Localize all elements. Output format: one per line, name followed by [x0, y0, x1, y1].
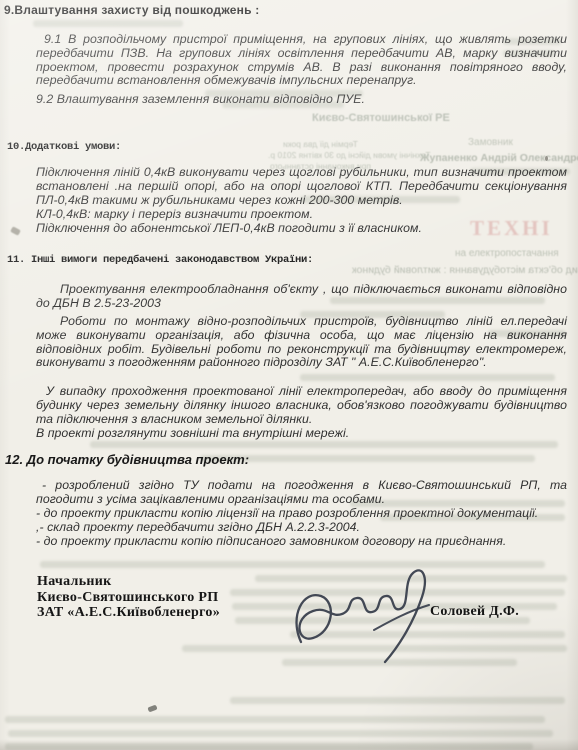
bleedthrough-smudge [90, 441, 558, 448]
section-10-heading: 10.Додаткові умови: [7, 141, 121, 153]
section-9-paragraph-2: 9.2 Влаштування заземлення виконати відп… [36, 93, 556, 107]
scanned-document-page: Києво-Святошинської РЕ Замовник Жупаненк… [0, 0, 578, 750]
bleedthrough-smudge [200, 455, 535, 462]
section-12-list-item-4: - до проекту прикласти копію підписаного… [36, 535, 567, 549]
bleedthrough-text: Технічні умови дійсні до 30 квітня 2010 … [268, 150, 431, 160]
signature-stroke-main [297, 570, 425, 662]
handwritten-signature [279, 550, 437, 668]
section-10-paragraph-2: КЛ-0,4кВ: марку і переріз визначити прое… [36, 208, 567, 222]
section-12-list-item-1: - розроблений згідно ТУ подати на погодж… [36, 479, 567, 507]
signatory-org-line-2: ЗАТ «А.Е.С.Київобленерго» [37, 605, 220, 621]
section-11-paragraph-3: У випадку проходження проектованої лінії… [36, 385, 567, 426]
section-11-paragraph-1: Проектування електрообладнання об'єкту ,… [36, 283, 567, 311]
bleedthrough-text: на електропостачання [455, 248, 559, 259]
bleedthrough-smudge [33, 20, 183, 27]
section-10-paragraph-1: Підключення ліній 0,4кВ виконувати через… [36, 166, 567, 207]
signatory-name: Соловей Д.Ф. [430, 604, 519, 620]
signatory-title-block: Начальник Києво-Святошинського РП ЗАТ «А… [37, 574, 220, 621]
bleedthrough-text: Термін дії два роки [283, 139, 358, 149]
bleedthrough-smudge [5, 716, 545, 723]
section-12-heading: 12. До початку будівництва проект: [5, 452, 249, 467]
section-10-paragraph-3: Підключення до абонентської ЛЕП-0,4кВ по… [36, 222, 567, 236]
bleedthrough-smudge [5, 743, 533, 750]
bleedthrough-smudge [300, 374, 555, 381]
bleedthrough-text: Києво-Святошинської РЕ [312, 112, 450, 124]
section-12-list-item-3: ,- склад проекту передбачити згідно ДБН … [36, 521, 567, 535]
signatory-org-line-1: Києво-Святошинського РП [37, 590, 220, 606]
section-11-heading: 11. Інші вимоги передбачені законодавств… [7, 254, 313, 266]
signatory-title-line: Начальник [37, 574, 220, 590]
bleedthrough-smudge [8, 730, 553, 737]
bleedthrough-text: Жупаненко Андрій Олександрович [420, 152, 578, 164]
bleedthrough-text: Вид об'єкта містобудування : житловий бу… [352, 264, 578, 276]
section-9-heading: 9.Влаштування захисту від пошкоджень : [4, 3, 259, 17]
section-12-list-item-2: - до проекту прикласти копію ліцензії на… [36, 507, 567, 521]
section-11-paragraph-4: В проекті розглянути зовнішні та внутріш… [36, 427, 567, 441]
ink-speck [545, 156, 548, 161]
section-11-paragraph-2: Роботи по монтажу відно-розподільчих при… [36, 315, 567, 370]
section-9-paragraph-1: 9.1 В розподільчому пристрої приміщення,… [36, 33, 567, 88]
bleedthrough-text: Замовник [468, 137, 513, 148]
bleedthrough-smudge [230, 697, 565, 704]
